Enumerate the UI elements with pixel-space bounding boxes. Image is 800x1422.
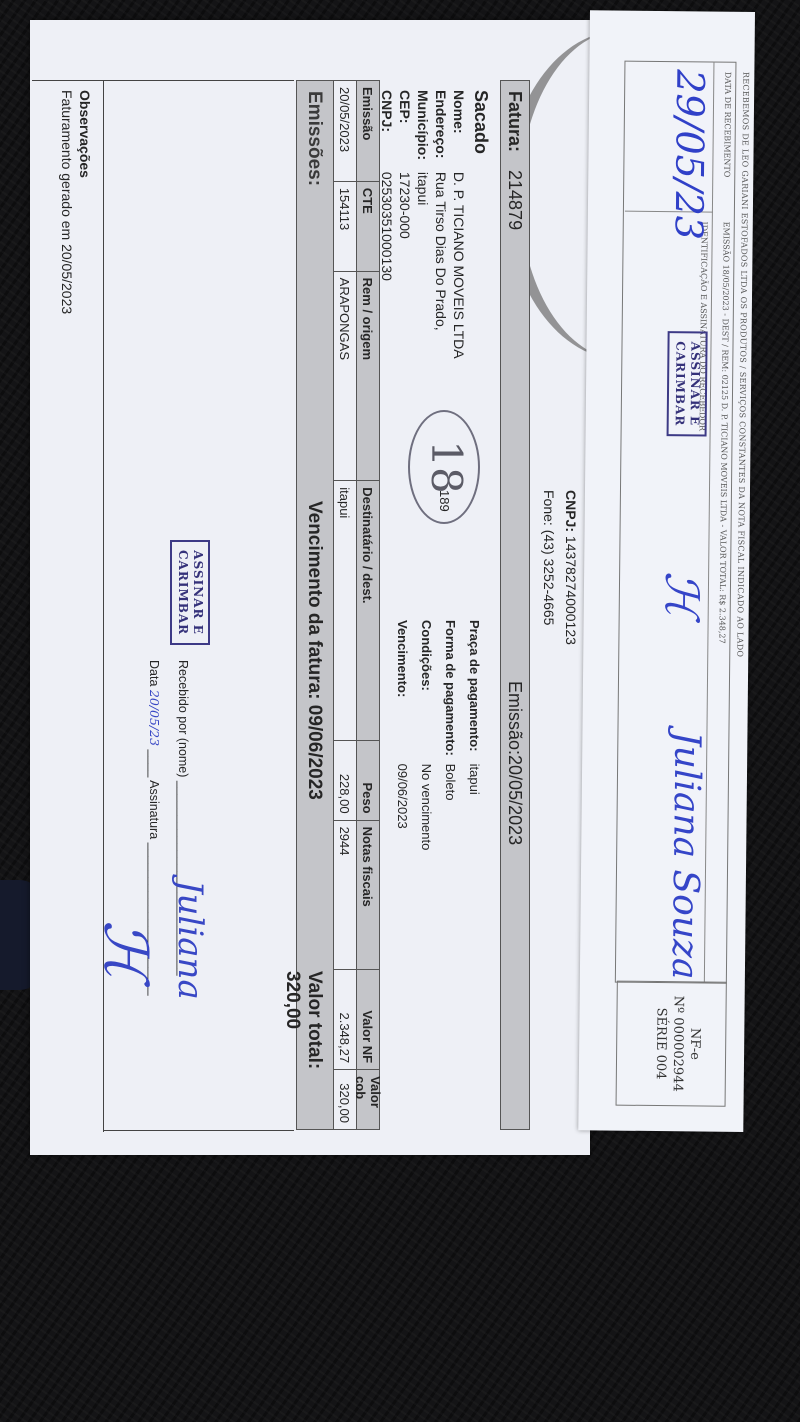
- table-row: 20/05/2023154113ARAPONGASitapui228,00294…: [334, 81, 356, 1129]
- payment-info: Praça de pagamento: itapuiForma de pagam…: [390, 620, 486, 850]
- emissao-label: Emissão:: [505, 681, 525, 755]
- column-header: Notas fiscais: [357, 820, 379, 970]
- observations: Observações Faturamento gerado em 20/05/…: [58, 90, 94, 314]
- table-cell: 320,00: [334, 1069, 356, 1129]
- issuer-phone-label: Fone:: [541, 490, 557, 526]
- payment-field: Forma de pagamento: Boleto: [438, 620, 462, 850]
- due-date: Vencimento da fatura: 09/06/2023: [303, 501, 325, 800]
- issuer-cnpj-label: CNPJ:: [563, 490, 579, 532]
- issuer-cnpj: 14378274000123: [563, 536, 579, 645]
- invoice-sheet: CNPJ: 14378274000123 Fone: (43) 3252-466…: [30, 20, 590, 1155]
- sacado-field: Nome: D. P. TICIANO MOVEIS LTDA: [450, 90, 468, 359]
- column-header: Valor NF: [357, 969, 379, 1069]
- column-header: Emissão: [357, 81, 379, 181]
- payment-field: Vencimento: 09/06/2023: [390, 620, 414, 850]
- divider: [32, 80, 294, 81]
- sacado-field: CNPJ: 02530351000130: [378, 90, 396, 359]
- column-header: Destinatário / dest.: [357, 480, 379, 739]
- payment-field-value: Boleto: [443, 764, 458, 801]
- receipt-handwritten-date: 29/05/23: [667, 69, 713, 240]
- emissao: Emissão:20/05/2023: [504, 681, 525, 845]
- nfe-label: NF-e: [686, 982, 704, 1105]
- table-cell: 20/05/2023: [334, 81, 356, 181]
- sacado-field: Endereço: Rua Tirso Dias Do Prado,: [432, 90, 450, 359]
- nfe-number: Nº 000002944: [669, 982, 687, 1105]
- payment-field-label: Condições:: [414, 620, 438, 760]
- payment-field: Condições: No vencimento: [414, 620, 438, 850]
- sacado-field: Município: itapui: [414, 90, 432, 359]
- table-cell: ARAPONGAS: [334, 271, 356, 481]
- total-value: Valor total: 320,00: [281, 971, 325, 1129]
- column-header: CTE: [357, 181, 379, 271]
- sacado-field-value: D. P. TICIANO MOVEIS LTDA: [451, 172, 467, 359]
- stub-header: RECEBEMOS DE LEO GARIANI ESTOFADOS LTDA …: [735, 72, 750, 657]
- stub-handwritten-name: Juliana Souza: [664, 731, 708, 980]
- emissions-table: EmissãoCTERem / origemDestinatário / des…: [333, 80, 380, 1130]
- payment-field-label: Vencimento:: [390, 620, 414, 760]
- receipt-date-label: DATA DE RECEBIMENTO: [722, 72, 732, 178]
- handwritten-date: 20/05/23: [147, 690, 162, 746]
- table-cell: 228,00: [334, 740, 356, 820]
- sacado-field-label: Nome:: [450, 90, 468, 168]
- nfe-box: NF-e Nº 000002944 SÉRIE 004: [616, 981, 727, 1107]
- totals-bar: Emissões: Vencimento da fatura: 09/06/20…: [296, 80, 334, 1130]
- fatura: Fatura:214879: [504, 91, 525, 230]
- received-by-label: Recebido por (nome): [176, 660, 190, 777]
- handwritten-signature: Juliana: [170, 880, 210, 1000]
- sign-stamp: ASSINAR E CARIMBAR: [170, 540, 210, 645]
- sacado-field-value: itapui: [415, 172, 431, 205]
- fatura-number: 214879: [505, 170, 525, 230]
- table-cell: itapui: [334, 480, 356, 739]
- sacado-title: Sacado: [472, 90, 490, 359]
- payment-field-label: Forma de pagamento:: [438, 620, 462, 760]
- sacado-field-value: 17230-000: [397, 172, 413, 239]
- sacado-field-label: Endereço:: [432, 90, 450, 168]
- observations-text: Faturamento gerado em 20/05/2023: [59, 90, 75, 314]
- column-header: Valor cob: [357, 1069, 379, 1129]
- stub-signature: ℋ: [655, 571, 709, 617]
- fatura-label: Fatura:: [505, 91, 525, 152]
- invoice-header-bar: Fatura:214879 Emissão:20/05/2023: [500, 80, 530, 1130]
- stamp-line: ASSINAR E: [190, 550, 205, 635]
- divider: [104, 1130, 294, 1131]
- table-header: EmissãoCTERem / origemDestinatário / des…: [356, 81, 379, 1129]
- sacado-field-value: Rua Tirso Dias Do Prado,: [433, 172, 449, 331]
- table-cell: 154113: [334, 181, 356, 271]
- sacado-field: CEP: 17230-000: [396, 90, 414, 359]
- observations-title: Observações: [76, 90, 94, 314]
- date-label: Data: [147, 660, 161, 686]
- handwritten-circle-mark: 18: [408, 410, 480, 524]
- nfe-serie: SÉRIE 004: [652, 982, 670, 1105]
- emissoes-label: Emissões:: [303, 91, 325, 186]
- stamp-line: CARIMBAR: [672, 341, 688, 426]
- issuer-phone: (43) 3252-4665: [541, 530, 557, 626]
- issuer-info: CNPJ: 14378274000123 Fone: (43) 3252-466…: [538, 490, 582, 645]
- payment-field-value: 09/06/2023: [395, 764, 410, 829]
- handwritten-initials: ℋ: [90, 920, 160, 979]
- stamp-line: CARIMBAR: [175, 550, 190, 635]
- column-header: Rem / origem: [357, 271, 379, 481]
- sacado-field-label: Município:: [414, 90, 432, 168]
- emissao-date: 20/05/2023: [505, 755, 525, 845]
- payment-field-value: itapui: [467, 764, 482, 795]
- stub-sign-stamp: ASSINAR E CARIMBAR: [667, 331, 708, 437]
- payment-field-label: Praça de pagamento:: [462, 620, 486, 760]
- table-cell: 2944: [334, 820, 356, 970]
- sacado-field-label: CNPJ:: [378, 90, 396, 168]
- signature-label: Assinatura: [147, 780, 161, 839]
- payment-field-value: No vencimento: [419, 764, 434, 851]
- column-header: Peso: [357, 740, 379, 820]
- payment-field: Praça de pagamento: itapui: [462, 620, 486, 850]
- sacado-field-value: 02530351000130: [379, 172, 395, 281]
- table-cell: 2.348,27: [334, 969, 356, 1069]
- sacado-field-label: CEP:: [396, 90, 414, 168]
- receipt-stub: RECEBEMOS DE LEO GARIANI ESTOFADOS LTDA …: [578, 10, 755, 1132]
- stamp-line: ASSINAR E: [687, 341, 703, 426]
